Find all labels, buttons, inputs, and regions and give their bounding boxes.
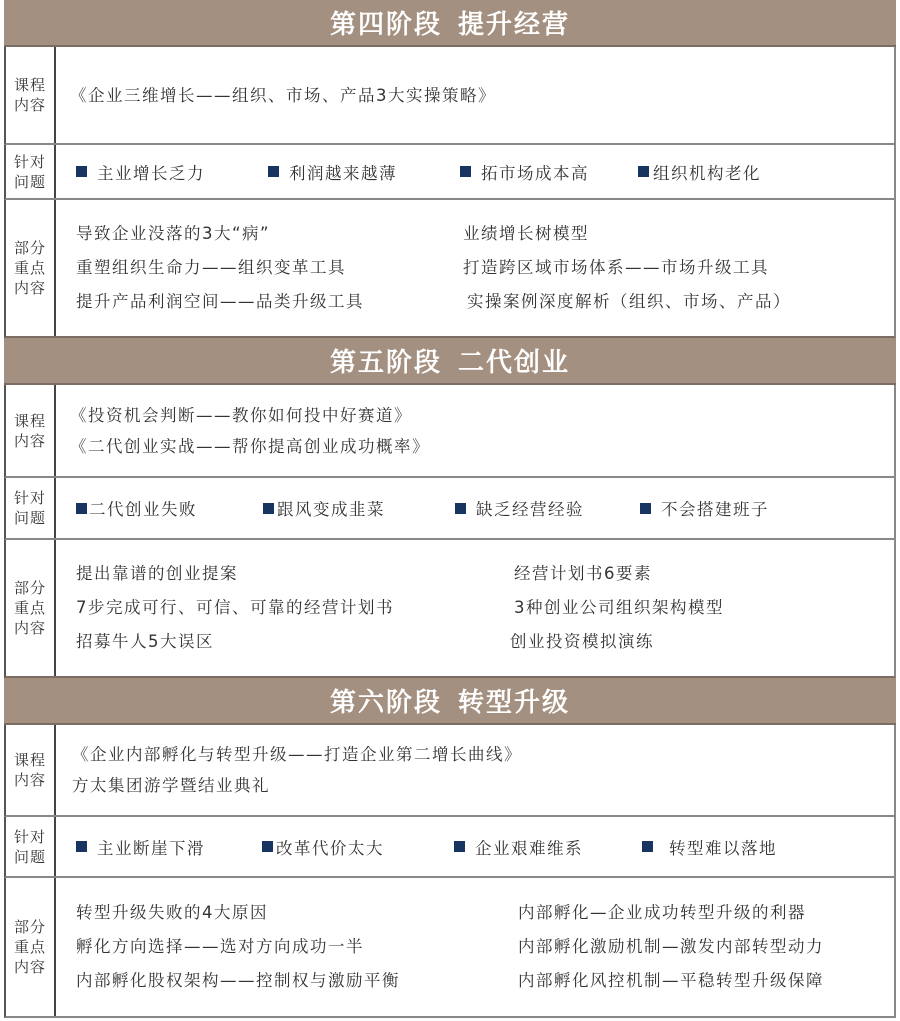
square-bullet-icon — [642, 841, 653, 852]
square-bullet-icon — [454, 841, 465, 852]
label-text: 重点 — [14, 258, 46, 278]
label-text: 问题 — [14, 847, 46, 867]
key-point: 3种创业公司组织架构模型 — [514, 591, 894, 625]
course-content-row: 课程内容 《企业三维增长——组织、市场、产品3大实操策略》 — [4, 47, 896, 145]
key-points-grid: 转型升级失败的4大原因 内部孵化—企业成功转型升级的利器 孵化方向选择——选对方… — [76, 896, 894, 998]
key-point: 内部孵化股权架构——控制权与激励平衡 — [76, 964, 518, 998]
issue-item: 组织机构老化 — [638, 160, 761, 184]
stage-5: 第五阶段二代创业 课程内容 《投资机会判断——教你如何投中好赛道》 《二代创业实… — [4, 338, 896, 678]
issue-text: 利润越来越薄 — [289, 160, 397, 184]
stage-number: 第五阶段 — [330, 342, 442, 379]
square-bullet-icon — [640, 503, 651, 514]
issue-list: 二代创业失败 跟风变成韭菜 缺乏经营经验 不会搭建班子 — [56, 478, 894, 538]
course-list: 《企业三维增长——组织、市场、产品3大实操策略》 — [56, 47, 894, 143]
course-title: 《企业三维增长——组织、市场、产品3大实操策略》 — [70, 80, 894, 111]
target-issues-row: 针对问题 主业增长乏力 利润越来越薄 拓市场成本高 组织机构老化 — [4, 145, 896, 200]
square-bullet-icon — [455, 503, 466, 514]
key-point: 提出靠谱的创业提案 — [76, 557, 514, 591]
key-point: 内部孵化激励机制—激发内部转型动力 — [518, 930, 894, 964]
row-label: 部分重点内容 — [6, 540, 56, 676]
key-points-row: 部分重点内容 转型升级失败的4大原因 内部孵化—企业成功转型升级的利器 孵化方向… — [4, 878, 896, 1018]
square-bullet-icon — [262, 841, 273, 852]
row-label: 部分重点内容 — [6, 200, 56, 336]
issue-item: 主业断崖下滑 — [76, 835, 262, 859]
label-text: 针对 — [14, 152, 46, 172]
label-text: 部分 — [14, 917, 46, 937]
issue-text: 主业增长乏力 — [97, 160, 205, 184]
course-title: 《企业内部孵化与转型升级——打造企业第二增长曲线》 — [72, 739, 894, 770]
label-text: 问题 — [14, 508, 46, 528]
row-label: 课程内容 — [6, 47, 56, 143]
label-text: 课程 — [14, 750, 46, 770]
label-text: 课程 — [14, 75, 46, 95]
label-text: 内容 — [14, 95, 46, 115]
target-issues-row: 针对问题 二代创业失败 跟风变成韭菜 缺乏经营经验 不会搭建班子 — [4, 478, 896, 540]
issue-text: 二代创业失败 — [89, 496, 197, 520]
issue-item: 跟风变成韭菜 — [263, 496, 455, 520]
label-text: 重点 — [14, 937, 46, 957]
course-content-row: 课程内容 《投资机会判断——教你如何投中好赛道》 《二代创业实战——帮你提高创业… — [4, 385, 896, 478]
square-bullet-icon — [263, 503, 274, 514]
course-content-row: 课程内容 《企业内部孵化与转型升级——打造企业第二增长曲线》 方太集团游学暨结业… — [4, 725, 896, 817]
key-point: 经营计划书6要素 — [514, 557, 894, 591]
course-list: 《企业内部孵化与转型升级——打造企业第二增长曲线》 方太集团游学暨结业典礼 — [56, 725, 894, 815]
issue-item: 企业艰难维系 — [454, 835, 642, 859]
issue-text: 企业艰难维系 — [475, 835, 583, 859]
key-point: 内部孵化风控机制—平稳转型升级保障 — [518, 964, 894, 998]
issue-list: 主业断崖下滑 改革代价太大 企业艰难维系 转型难以落地 — [56, 817, 894, 876]
issue-item: 主业增长乏力 — [76, 160, 268, 184]
key-points: 提出靠谱的创业提案 经营计划书6要素 7步完成可行、可信、可靠的经营计划书 3种… — [56, 540, 894, 676]
key-point: 创业投资模拟演练 — [510, 625, 894, 659]
curriculum-table: 第四阶段提升经营 课程内容 《企业三维增长——组织、市场、产品3大实操策略》 针… — [4, 0, 896, 1018]
issue-text: 改革代价太大 — [276, 835, 384, 859]
key-point: 内部孵化—企业成功转型升级的利器 — [518, 896, 894, 930]
label-text: 内容 — [14, 431, 46, 451]
label-text: 针对 — [14, 488, 46, 508]
label-text: 问题 — [14, 172, 46, 192]
label-text: 部分 — [14, 578, 46, 598]
label-text: 针对 — [14, 827, 46, 847]
issue-list: 主业增长乏力 利润越来越薄 拓市场成本高 组织机构老化 — [56, 145, 894, 198]
issue-item: 拓市场成本高 — [460, 160, 638, 184]
row-label: 课程内容 — [6, 725, 56, 815]
square-bullet-icon — [76, 503, 87, 514]
label-text: 部分 — [14, 238, 46, 258]
issue-text: 拓市场成本高 — [481, 160, 589, 184]
issue-item: 利润越来越薄 — [268, 160, 460, 184]
label-text: 内容 — [14, 770, 46, 790]
key-point: 业绩增长树模型 — [463, 217, 894, 251]
key-point: 招募牛人5大误区 — [76, 625, 514, 659]
issue-text: 转型难以落地 — [669, 835, 777, 859]
course-title: 《二代创业实战——帮你提高创业成功概率》 — [70, 431, 894, 462]
key-points-row: 部分重点内容 导致企业没落的3大“病” 业绩增长树模型 重塑组织生命力——组织变… — [4, 200, 896, 338]
issue-text: 跟风变成韭菜 — [277, 496, 385, 520]
stage-header: 第四阶段提升经营 — [4, 0, 896, 47]
key-point: 7步完成可行、可信、可靠的经营计划书 — [76, 591, 514, 625]
stage-title: 提升经营 — [458, 4, 570, 41]
issue-text: 组织机构老化 — [653, 160, 761, 184]
key-points: 导致企业没落的3大“病” 业绩增长树模型 重塑组织生命力——组织变革工具 打造跨… — [56, 200, 894, 336]
issue-item: 改革代价太大 — [262, 835, 454, 859]
issue-item: 转型难以落地 — [642, 835, 777, 859]
stage-4: 第四阶段提升经营 课程内容 《企业三维增长——组织、市场、产品3大实操策略》 针… — [4, 0, 896, 338]
row-label: 部分重点内容 — [6, 878, 56, 1016]
issue-text: 缺乏经营经验 — [476, 496, 584, 520]
issue-item: 二代创业失败 — [76, 496, 263, 520]
key-points: 转型升级失败的4大原因 内部孵化—企业成功转型升级的利器 孵化方向选择——选对方… — [56, 878, 894, 1016]
course-list: 《投资机会判断——教你如何投中好赛道》 《二代创业实战——帮你提高创业成功概率》 — [56, 385, 894, 476]
square-bullet-icon — [76, 166, 87, 177]
key-points-row: 部分重点内容 提出靠谱的创业提案 经营计划书6要素 7步完成可行、可信、可靠的经… — [4, 540, 896, 678]
row-label: 针对问题 — [6, 145, 56, 198]
issue-item: 缺乏经营经验 — [455, 496, 640, 520]
target-issues-row: 针对问题 主业断崖下滑 改革代价太大 企业艰难维系 转型难以落地 — [4, 817, 896, 878]
row-label: 针对问题 — [6, 817, 56, 876]
label-text: 内容 — [14, 278, 46, 298]
stage-number: 第六阶段 — [330, 682, 442, 719]
key-point: 实操案例深度解析（组织、市场、产品） — [467, 285, 894, 319]
key-points-grid: 导致企业没落的3大“病” 业绩增长树模型 重塑组织生命力——组织变革工具 打造跨… — [76, 217, 894, 319]
key-points-grid: 提出靠谱的创业提案 经营计划书6要素 7步完成可行、可信、可靠的经营计划书 3种… — [76, 557, 894, 659]
square-bullet-icon — [638, 166, 649, 177]
key-point: 导致企业没落的3大“病” — [76, 217, 463, 251]
label-text: 课程 — [14, 411, 46, 431]
label-text: 内容 — [14, 957, 46, 977]
key-point: 孵化方向选择——选对方向成功一半 — [76, 930, 518, 964]
square-bullet-icon — [268, 166, 279, 177]
label-text: 内容 — [14, 618, 46, 638]
issue-item: 不会搭建班子 — [640, 496, 769, 520]
key-point: 重塑组织生命力——组织变革工具 — [76, 251, 463, 285]
key-point: 转型升级失败的4大原因 — [76, 896, 518, 930]
square-bullet-icon — [460, 166, 471, 177]
row-label: 针对问题 — [6, 478, 56, 538]
issue-text: 主业断崖下滑 — [97, 835, 205, 859]
stage-header: 第六阶段转型升级 — [4, 678, 896, 725]
course-title: 方太集团游学暨结业典礼 — [72, 770, 894, 801]
stage-header: 第五阶段二代创业 — [4, 338, 896, 385]
square-bullet-icon — [76, 841, 87, 852]
course-title: 《投资机会判断——教你如何投中好赛道》 — [70, 400, 894, 431]
label-text: 重点 — [14, 598, 46, 618]
stage-title: 转型升级 — [458, 682, 570, 719]
stage-6: 第六阶段转型升级 课程内容 《企业内部孵化与转型升级——打造企业第二增长曲线》 … — [4, 678, 896, 1018]
key-point: 提升产品利润空间——品类升级工具 — [76, 285, 463, 319]
row-label: 课程内容 — [6, 385, 56, 476]
stage-number: 第四阶段 — [330, 4, 442, 41]
issue-text: 不会搭建班子 — [661, 496, 769, 520]
key-point: 打造跨区域市场体系——市场升级工具 — [463, 251, 894, 285]
stage-title: 二代创业 — [458, 342, 570, 379]
